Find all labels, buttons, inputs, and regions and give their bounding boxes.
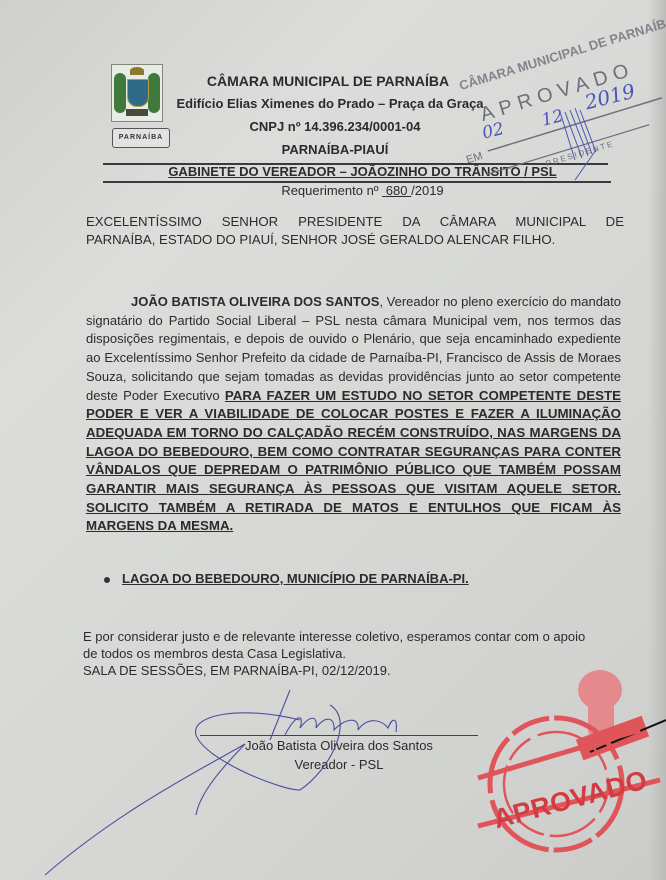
svg-text:02: 02 — [480, 119, 506, 144]
handwritten-signature — [45, 690, 396, 875]
red-approved-stamp: APROVADO — [478, 670, 666, 850]
president-signature-scribble — [560, 108, 596, 180]
svg-text:EM: EM — [465, 150, 484, 166]
stamps-and-signatures: CÂMARA MUNICIPAL DE PARNAÍBA APROVADO EM… — [0, 0, 666, 880]
svg-text:APROVADO: APROVADO — [490, 764, 650, 834]
